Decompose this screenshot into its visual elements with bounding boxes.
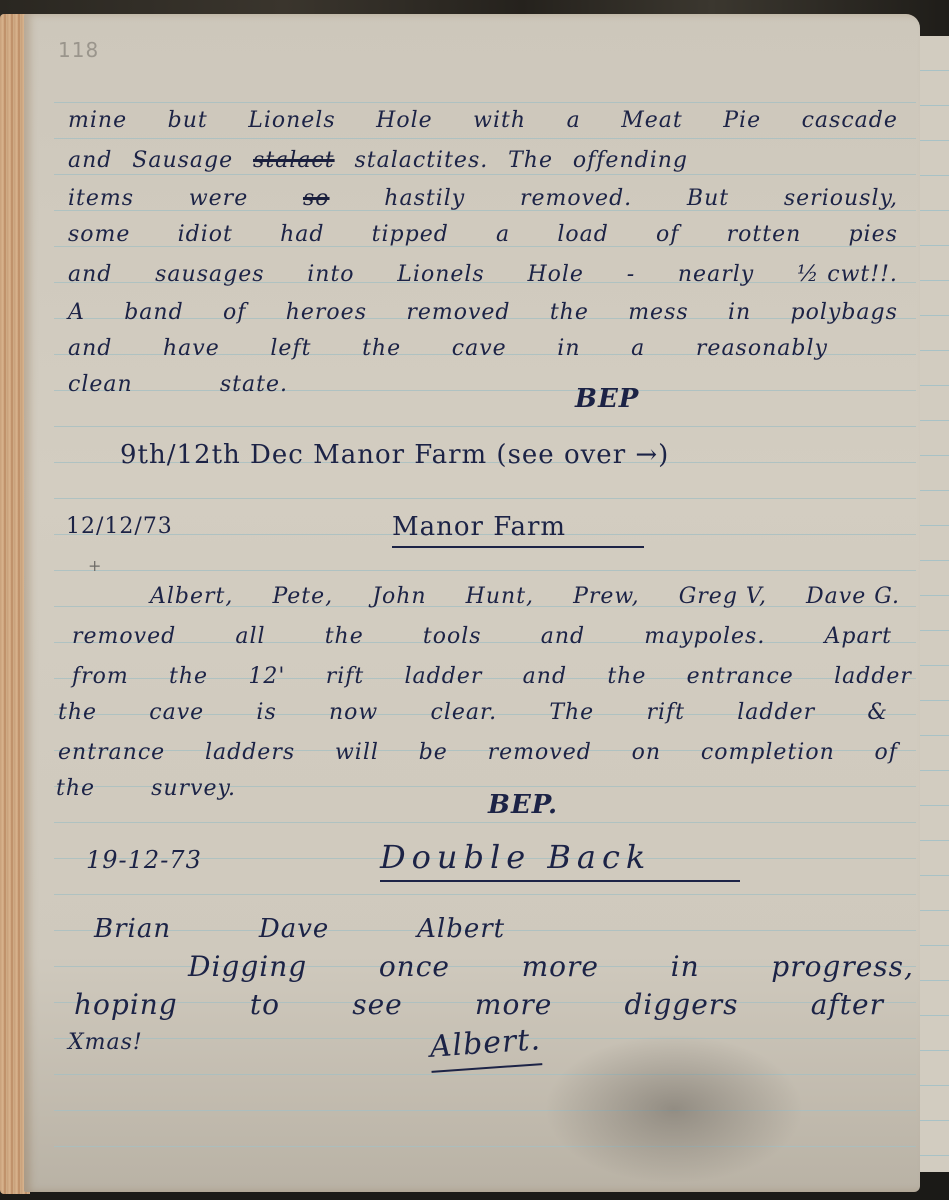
word: have — [163, 336, 220, 361]
word: after — [811, 988, 884, 1021]
attendees-line: Brian Dave Albert — [94, 914, 505, 944]
word: will — [335, 740, 379, 765]
word: of — [656, 222, 679, 247]
margin-mark: + — [88, 556, 102, 575]
word: the — [58, 700, 97, 725]
word: from — [72, 664, 129, 689]
word: on — [632, 740, 661, 765]
text-line: the survey. — [56, 776, 236, 801]
text-line: entrance ladders will be removed on comp… — [58, 740, 898, 765]
text-line: the cave is now clear. The rift ladder & — [58, 700, 888, 725]
word: removed — [72, 624, 176, 649]
word: A — [68, 300, 85, 325]
page-number: 118 — [58, 38, 99, 62]
word: clean — [68, 372, 133, 397]
word: in — [557, 336, 580, 361]
signature-bep: BEP. — [488, 790, 558, 820]
rule-line — [54, 1110, 916, 1111]
word: band — [124, 300, 183, 325]
word: diggers — [624, 988, 738, 1021]
word: a — [567, 108, 581, 133]
note-line: 9th/12th Dec Manor Farm (see over →) — [120, 440, 669, 470]
crossed-out-word: so — [303, 186, 330, 211]
word: Hole — [376, 108, 433, 133]
word: into — [307, 262, 354, 287]
word: Pie — [723, 108, 761, 133]
word: entrance — [58, 740, 165, 765]
text-line: some idiot had tipped a load of rotten p… — [68, 222, 898, 247]
word: once — [379, 950, 450, 983]
word: seriously, — [784, 186, 898, 211]
rule-line — [54, 1074, 916, 1075]
word: idiot — [178, 222, 233, 247]
word: rotten — [727, 222, 802, 247]
word: heroes — [286, 300, 367, 325]
word: and — [68, 336, 112, 361]
word: But — [687, 186, 729, 211]
word: more — [475, 988, 552, 1021]
word: and — [68, 148, 112, 173]
word: removed — [406, 300, 510, 325]
word: the — [362, 336, 401, 361]
word: Digging — [188, 950, 307, 983]
word: hastily — [384, 186, 465, 211]
entry-date: 12/12/73 — [66, 514, 173, 539]
text-line: Xmas! — [68, 1030, 143, 1055]
word: a — [496, 222, 510, 247]
word: 12' — [248, 664, 285, 689]
word: the — [56, 776, 95, 801]
word: offending — [573, 148, 688, 173]
entry-date: 19-12-73 — [86, 846, 202, 874]
word: & — [867, 700, 888, 725]
text-line: A band of heroes removed the mess in pol… — [68, 300, 898, 325]
word: sausages — [155, 262, 264, 287]
word: more — [522, 950, 599, 983]
word: Dave G. — [806, 584, 900, 609]
word: to — [250, 988, 280, 1021]
word: mine — [68, 108, 127, 133]
word: the — [607, 664, 646, 689]
word: see — [352, 988, 403, 1021]
text-line: hoping to see more diggers after — [74, 988, 884, 1021]
word: ladder — [737, 700, 815, 725]
entry-title: Manor Farm — [392, 512, 644, 548]
word: of — [223, 300, 246, 325]
word: the — [550, 300, 589, 325]
word: removed — [488, 740, 592, 765]
word: tools — [423, 624, 482, 649]
signature-bep: BEP — [575, 384, 639, 414]
word: hoping — [74, 988, 178, 1021]
word: a — [631, 336, 645, 361]
word: load — [557, 222, 608, 247]
word: The — [549, 700, 594, 725]
word: with — [473, 108, 526, 133]
word: Sausage — [132, 148, 233, 173]
word: now — [329, 700, 378, 725]
word: ½ cwt!!. — [797, 262, 898, 287]
word: some — [68, 222, 130, 247]
word: polybags — [791, 300, 898, 325]
entry-title: Double Back — [380, 838, 740, 882]
word: ladders — [205, 740, 295, 765]
rule-line — [54, 570, 916, 571]
word: - — [627, 262, 635, 287]
signature-albert: Albert. — [429, 1022, 543, 1073]
word: progress, — [771, 950, 914, 983]
word: the — [325, 624, 364, 649]
word: Meat — [621, 108, 683, 133]
word: removed. — [520, 186, 632, 211]
text-line: clean state. — [68, 372, 288, 397]
word: tipped — [372, 222, 449, 247]
text-line: and have left the cave in a reasonably — [68, 336, 828, 361]
text-line: removed all the tools and maypoles. Apar… — [72, 624, 892, 649]
word: mess — [628, 300, 688, 325]
rule-line — [54, 822, 916, 823]
text-line: from the 12' rift ladder and the entranc… — [72, 664, 912, 689]
rule-line — [54, 174, 916, 175]
word: Prew, — [573, 584, 640, 609]
word: entrance — [687, 664, 794, 689]
word: were — [189, 186, 248, 211]
word: all — [235, 624, 265, 649]
word: Hole — [527, 262, 584, 287]
next-page-edge — [918, 36, 949, 1172]
word: rift — [646, 700, 685, 725]
rule-line — [54, 426, 916, 427]
word: completion — [701, 740, 835, 765]
word: cave — [452, 336, 507, 361]
word: and — [541, 624, 585, 649]
word: rift — [326, 664, 365, 689]
word: nearly — [678, 262, 754, 287]
word: left — [270, 336, 311, 361]
word: the — [169, 664, 208, 689]
rule-line — [54, 894, 916, 895]
word: of — [875, 740, 898, 765]
word: survey. — [151, 776, 236, 801]
text-line: items were so hastily removed. But serio… — [68, 186, 898, 211]
word: pies — [848, 222, 897, 247]
word: Pete, — [272, 584, 333, 609]
text-line: Digging once more in progress, — [188, 950, 914, 983]
word: Lionels — [397, 262, 484, 287]
word: stalactites. — [354, 148, 488, 173]
word: be — [419, 740, 448, 765]
word: Lionels — [248, 108, 335, 133]
rule-line — [54, 138, 916, 139]
rule-line — [54, 498, 916, 499]
word: Apart — [824, 624, 891, 649]
word: Greg V, — [679, 584, 767, 609]
word: items — [68, 186, 134, 211]
text-line: and sausages into Lionels Hole - nearly … — [68, 262, 898, 287]
word: in — [728, 300, 751, 325]
word: reasonably — [696, 336, 828, 361]
word: in — [671, 950, 700, 983]
word: cave — [149, 700, 204, 725]
word: Hunt, — [466, 584, 534, 609]
crossed-out-word: stalact — [253, 148, 335, 173]
word: and — [68, 262, 112, 287]
rule-line — [54, 102, 916, 103]
word: state. — [220, 372, 288, 397]
word: John — [372, 584, 426, 609]
attendees-line: Albert, Pete, John Hunt, Prew, Greg V, D… — [150, 584, 900, 609]
word: and — [523, 664, 567, 689]
word: ladder — [834, 664, 912, 689]
word: is — [256, 700, 276, 725]
word: had — [280, 222, 324, 247]
text-line: mine but Lionels Hole with a Meat Pie ca… — [68, 108, 898, 133]
word: but — [168, 108, 208, 133]
word: maypoles. — [644, 624, 765, 649]
word: The — [508, 148, 553, 173]
word: cascade — [802, 108, 898, 133]
word: Albert, — [150, 584, 233, 609]
text-line: and Sausage stalact stalactites. The off… — [68, 148, 688, 173]
rule-line — [54, 1146, 916, 1147]
word: clear. — [431, 700, 498, 725]
word: ladder — [405, 664, 483, 689]
